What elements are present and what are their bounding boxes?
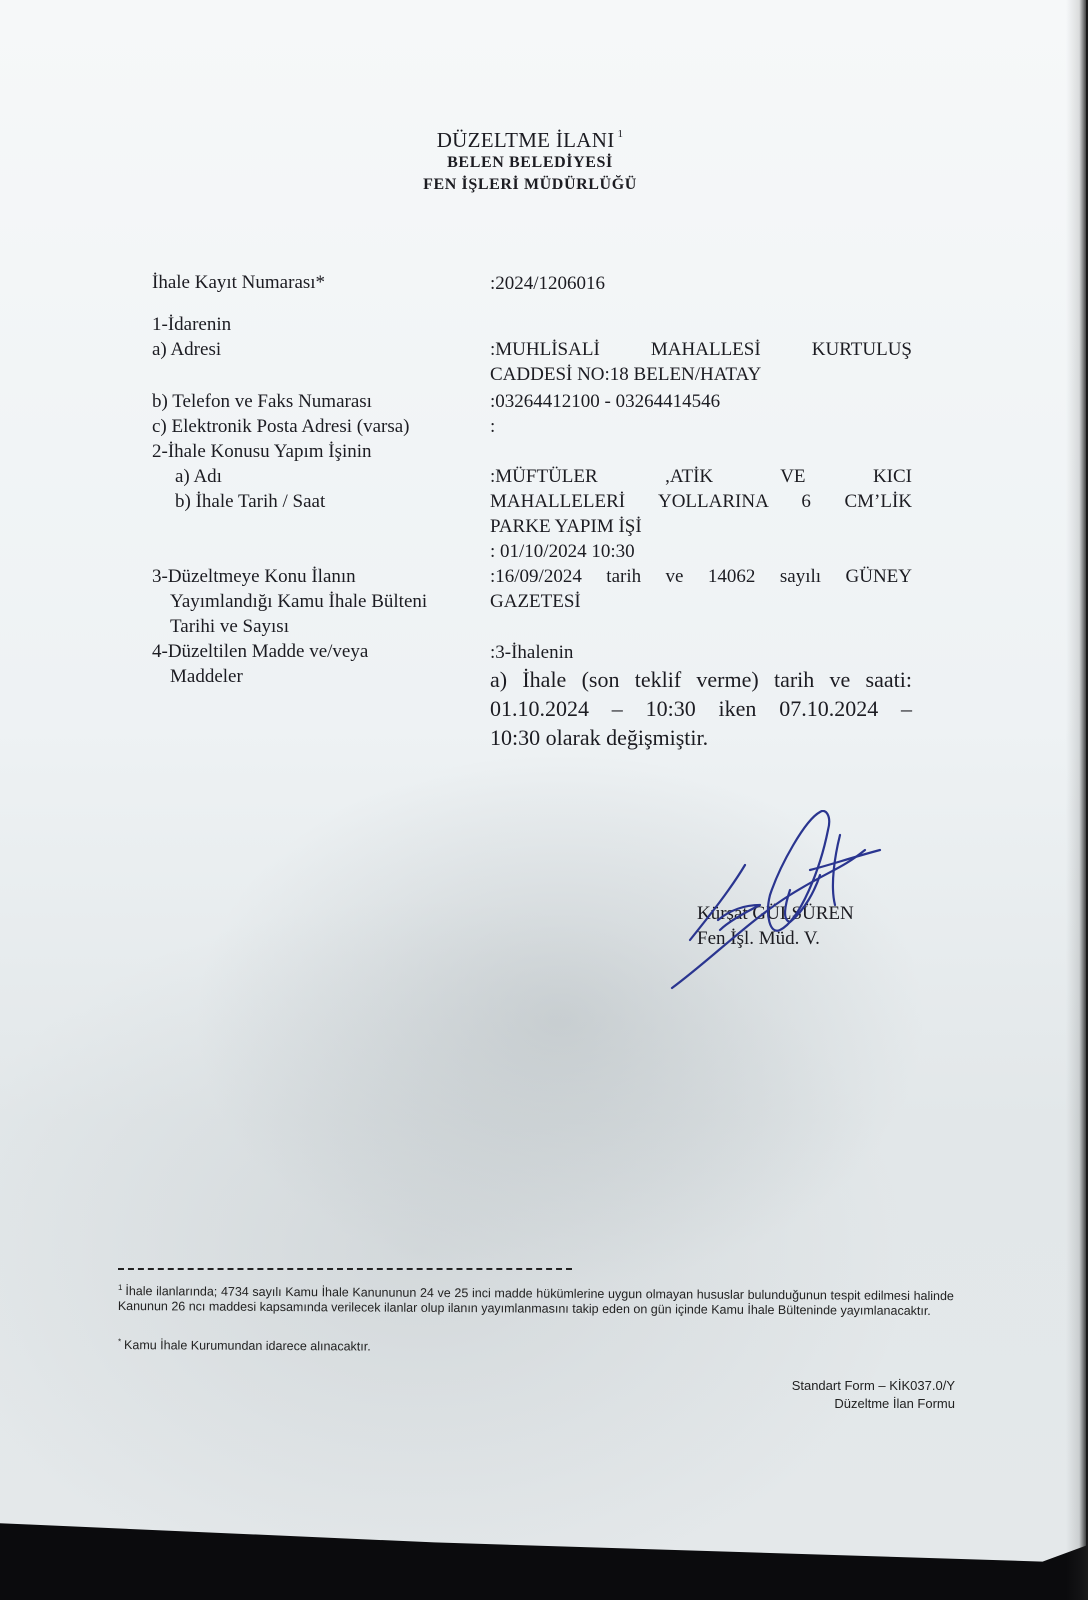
institution-name: BELEN BELEDİYESİ (0, 154, 1060, 172)
phone-label: b) Telefon ve Faks Numarası (152, 389, 372, 414)
section3-value-line1: :16/09/2024 tarih ve 14062 sayılı GÜNEY (490, 564, 912, 589)
section1-heading: 1-İdarenin (152, 312, 231, 337)
registration-label: İhale Kayıt Numarası* (152, 270, 325, 295)
footnote-1: 1İhale ilanlarında; 4734 sayılı Kamu İha… (118, 1280, 954, 1319)
footnote-mark: 1 (618, 128, 624, 140)
tender-datetime-value: : 01/10/2024 10:30 (490, 539, 635, 564)
section3-label-line3: Tarihi ve Sayısı (170, 614, 289, 639)
handwritten-signature (670, 810, 890, 1000)
form-code: Standart Form – KİK037.0/Y (792, 1378, 955, 1393)
section2-heading: 2-İhale Konusu Yapım İşinin (152, 439, 372, 464)
work-name-line2: MAHALLELERİ YOLLARINA 6 CM’LİK (490, 489, 912, 514)
section4-value-heading: :3-İhalenin (490, 640, 573, 665)
section4-value-line2: 01.10.2024 – 10:30 iken 07.10.2024 – (490, 694, 912, 723)
section3-value-line2: GAZETESİ (490, 589, 581, 614)
section4-value-line3: 10:30 olarak değişmiştir. (490, 723, 708, 752)
page-edge-shadow (1066, 0, 1088, 1600)
section4-label-line1: 4-Düzeltilen Madde ve/veya (152, 639, 368, 664)
document-page (0, 0, 1086, 1600)
work-name-line3: PARKE YAPIM İŞİ (490, 514, 642, 539)
title-text: DÜZELTME İLANI (437, 128, 615, 152)
phone-value: :03264412100 - 03264414546 (490, 389, 720, 414)
work-name-label: a) Adı (175, 464, 222, 489)
section3-label-line2: Yayımlandığı Kamu İhale Bülteni (170, 589, 427, 614)
section4-value-line1: a) İhale (son teklif verme) tarih ve saa… (490, 665, 912, 694)
address-value-line1: :MUHLİSALİ MAHALLESİ KURTULUŞ (490, 337, 912, 362)
document-title: DÜZELTME İLANI1 (0, 128, 1060, 153)
footnote-separator (118, 1268, 572, 1270)
registration-value: :2024/1206016 (490, 271, 605, 296)
department-name: FEN İŞLERİ MÜDÜRLÜĞÜ (0, 176, 1060, 194)
form-name: Düzeltme İlan Formu (834, 1396, 955, 1411)
section3-label-line1: 3-Düzeltmeye Konu İlanın (152, 564, 356, 589)
address-value-line2: CADDESİ NO:18 BELEN/HATAY (490, 362, 761, 387)
footnote-1-mark: 1 (118, 1283, 123, 1292)
footnote-1-text: İhale ilanlarında; 4734 sayılı Kamu İhal… (118, 1284, 954, 1318)
email-value: : (490, 414, 495, 439)
work-name-line1: :MÜFTÜLER ,ATİK VE KICI (490, 464, 912, 489)
footnote-2: *Kamu İhale Kurumundan idarece alınacakt… (118, 1334, 371, 1355)
tender-datetime-label: b) İhale Tarih / Saat (175, 489, 325, 514)
address-label: a) Adresi (152, 337, 221, 362)
footnote-2-text: Kamu İhale Kurumundan idarece alınacaktı… (124, 1338, 371, 1354)
section4-label-line2: Maddeler (170, 664, 243, 689)
email-label: c) Elektronik Posta Adresi (varsa) (152, 414, 409, 439)
footnote-2-mark: * (118, 1337, 121, 1346)
